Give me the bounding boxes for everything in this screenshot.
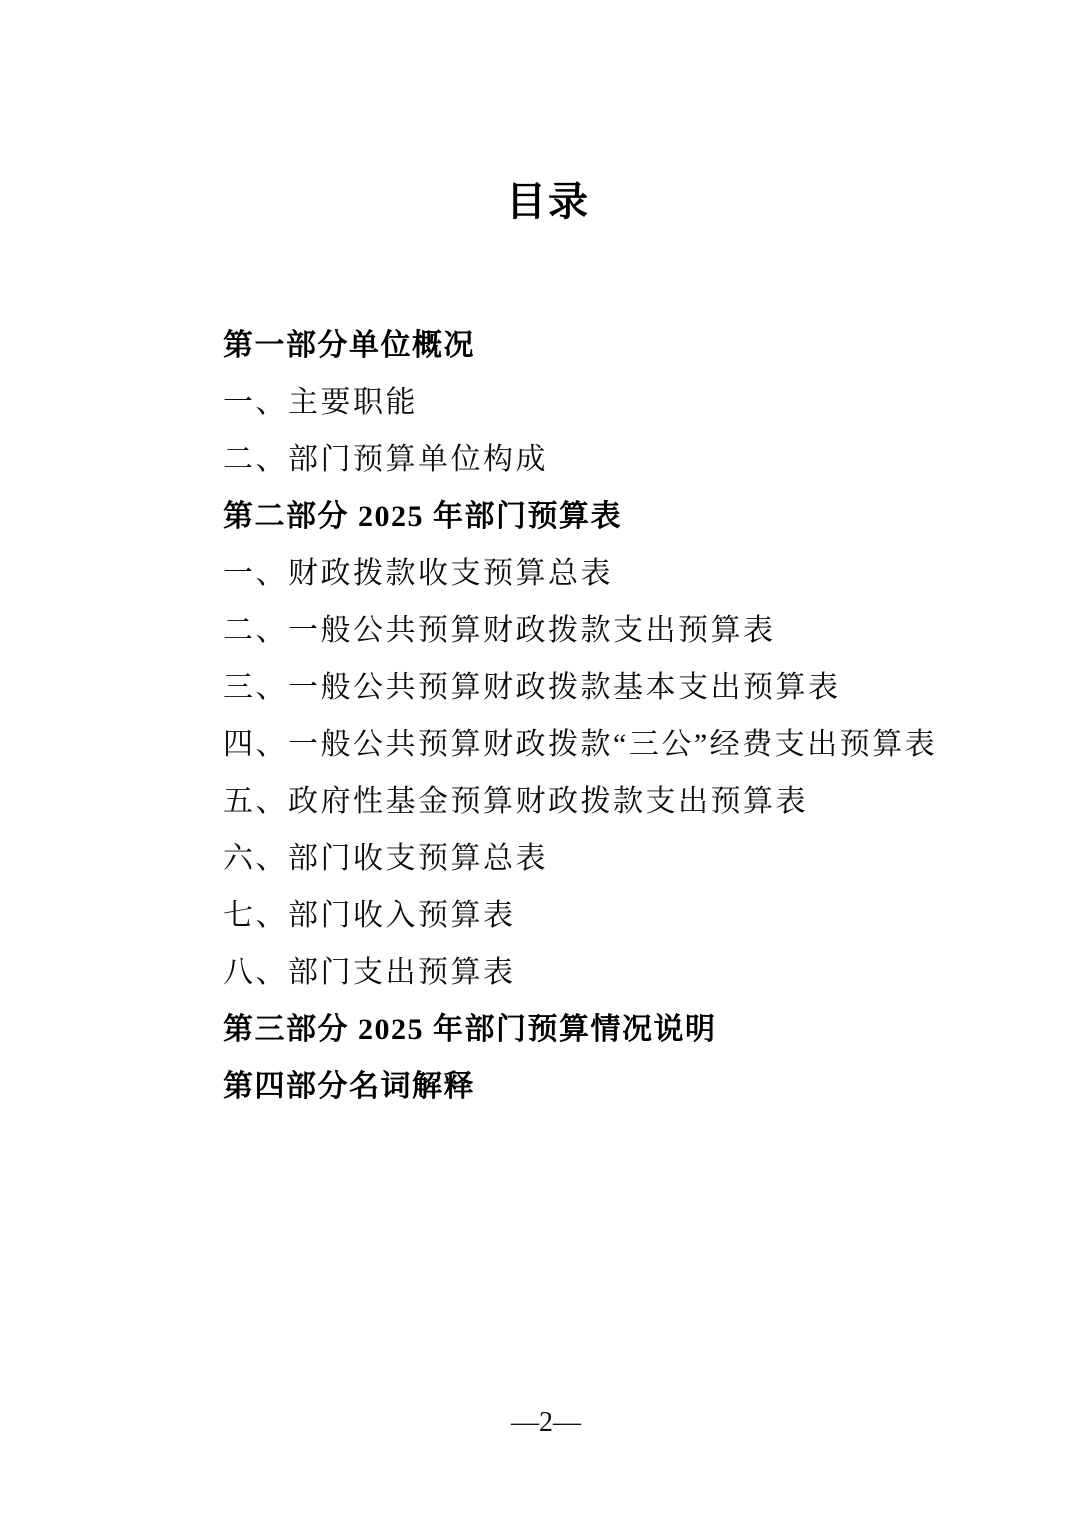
toc-item-part2-7: 七、部门收入预算表 xyxy=(223,887,1074,944)
toc-item-part2-2: 二、一般公共预算财政拨款支出预算表 xyxy=(223,602,1074,659)
toc-section-part2: 第二部分 2025 年部门预算表 xyxy=(223,488,1074,545)
page-number: —2— xyxy=(0,1406,1074,1440)
toc-item-part2-4: 四、一般公共预算财政拨款“三公”经费支出预算表 xyxy=(223,716,1074,773)
document-page: 目录 第一部分单位概况 一、主要职能 二、部门预算单位构成 第二部分 2025 … xyxy=(0,0,1074,1520)
toc-item-part2-6: 六、部门收支预算总表 xyxy=(223,830,1074,887)
toc-item-part1-2: 二、部门预算单位构成 xyxy=(223,431,1074,488)
toc-item-part2-3: 三、一般公共预算财政拨款基本支出预算表 xyxy=(223,659,1074,716)
toc-section-part4: 第四部分名词解释 xyxy=(223,1058,1074,1115)
toc-item-part2-5: 五、政府性基金预算财政拨款支出预算表 xyxy=(223,773,1074,830)
toc-item-part1-1: 一、主要职能 xyxy=(223,374,1074,431)
table-of-contents: 第一部分单位概况 一、主要职能 二、部门预算单位构成 第二部分 2025 年部门… xyxy=(0,317,1074,1115)
toc-section-part3: 第三部分 2025 年部门预算情况说明 xyxy=(223,1001,1074,1058)
toc-item-part2-1: 一、财政拨款收支预算总表 xyxy=(223,545,1074,602)
page-title: 目录 xyxy=(0,0,1074,226)
toc-item-part2-8: 八、部门支出预算表 xyxy=(223,944,1074,1001)
toc-section-part1: 第一部分单位概况 xyxy=(223,317,1074,374)
